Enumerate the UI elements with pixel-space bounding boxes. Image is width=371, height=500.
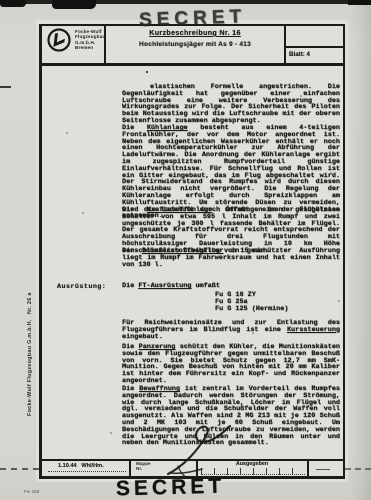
paragraph-text: umfaßt: [191, 282, 220, 290]
frame-left-border: [39, 24, 42, 479]
document-subtitle: Hochleistungsjäger mit As 9 - 413: [105, 41, 285, 48]
equipment-section-label: Ausrüstung:: [57, 283, 127, 291]
scan-artifact-blob: [0, 0, 26, 7]
paragraph-text: schützt den Kühler, die Munitionskästen …: [122, 343, 340, 385]
underlined-term: FT-Ausrüstung: [138, 282, 191, 290]
paragraph-text: eingebaut.: [122, 333, 163, 341]
speck: [338, 300, 340, 302]
company-line: Bremen: [75, 45, 106, 50]
radio-equipment-list: Fu G 16 ZY Fu G 25a Fu G 125 (Hermine): [215, 292, 335, 314]
secret-stamp-top: SECRET: [139, 6, 247, 32]
scan-edge-shadow: [349, 0, 371, 500]
secret-stamp-bottom: SECRET: [116, 475, 226, 500]
header-sheet-cell-rule: [284, 46, 345, 48]
paragraph-armor: Die Panzerung schützt den Kühler, die Mu…: [122, 344, 340, 385]
frame-right-border: [343, 24, 345, 479]
speck: [82, 212, 84, 214]
paragraph-propeller: elastischen Formelle angestrichen. Die G…: [122, 84, 340, 125]
footer-divider: [307, 459, 309, 477]
form-number: Fw 398: [24, 489, 40, 494]
paragraph-oil-tank: Der Schmierstoffbehälter in geschützter …: [122, 248, 340, 268]
scan-artifact-blob: [348, 0, 371, 5]
footer-divider: [129, 459, 131, 477]
header-bottom-rule: [39, 63, 345, 66]
company-name-block: Focke-Wulf Flugzeugbau G.m.b.H. Bremen: [75, 29, 106, 51]
speck: [66, 132, 68, 134]
scan-artifact-blob: [52, 0, 96, 9]
underlined-term: Kurssteuerung: [287, 326, 340, 334]
paragraph-autopilot: Für Reichweiteneinsätze und zur Entlastu…: [122, 320, 340, 340]
paragraph-text: elastischen Formelle angestrichen. Die G…: [122, 83, 340, 125]
scan-artifact-tick: [0, 86, 11, 88]
sidebar-vertical-text: Focke-Wulf Flugzeugbau G.m.b.H. Nr. 26 a: [27, 292, 33, 416]
sheet-number: Blatt: 4: [289, 51, 310, 58]
speck: [110, 432, 112, 434]
scan-artifact-dashes: [345, 468, 371, 470]
focke-wulf-logo-icon: [46, 27, 72, 53]
scan-artifact-dashes: [0, 468, 39, 470]
scanned-document-page: SECRET SECRET Focke-Wulf Flugzeugbau G.m…: [0, 0, 371, 500]
footer-date-initials: 1.10.44 Whl/Hm.: [58, 463, 126, 469]
paragraph-text: Die: [122, 282, 138, 290]
footer-dash: [316, 469, 330, 470]
list-item: Fu G 125 (Hermine): [215, 306, 335, 313]
paragraph-radio-equipment: Die FT-Ausrüstung umfaßt: [122, 283, 340, 290]
footer-dotted-line: [48, 471, 126, 472]
